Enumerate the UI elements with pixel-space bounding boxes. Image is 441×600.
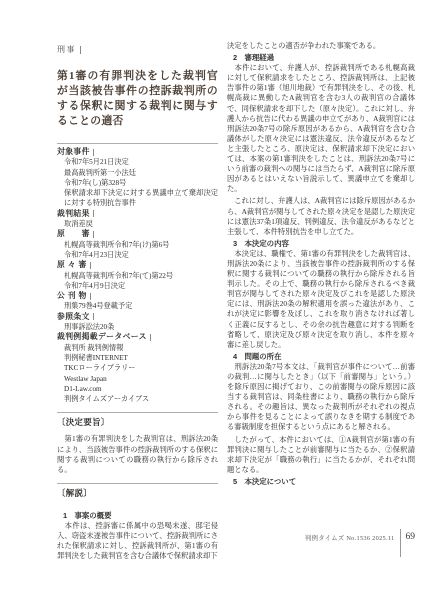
metadata-list: 対象事件 令和7年5月21日決定 最高裁判所第一小法廷 令和7年(し)第328号… — [57, 147, 218, 404]
commentary-section2-text: 本件において、弁護人が、控訴裁判所である札幌高裁に対して保釈請求をしたところ、控… — [227, 63, 415, 194]
metadata-value: 最高裁判所第一小法廷 — [57, 168, 218, 178]
metadata-value: 保釈請求却下決定に対する異議申立て棄却決定に対する特別抗告事件 — [57, 188, 218, 209]
label-divider — [93, 313, 94, 320]
summary-heading: 〔決定要旨〕 — [57, 416, 218, 428]
case-title: 第1審の有罪判決をした裁判官が当該被告事件の控訴裁判所のする保釈に関する裁判に関… — [57, 69, 218, 129]
metadata-label: 裁判結果 — [57, 209, 218, 219]
metadata-value: 刑集79巻4号登載予定 — [57, 301, 218, 311]
section-rule — [57, 412, 218, 413]
metadata-value: TKCローライブラリー — [57, 363, 218, 373]
metadata-label: 原 審 — [57, 229, 218, 239]
metadata-value: 刑事訴訟法20条 — [57, 322, 218, 332]
commentary-section3-text: 本決定は、職権で、第1審の有罪判決をした裁判官は、刑訴法20条により、当該被告事… — [227, 249, 415, 350]
section-rule — [57, 483, 218, 484]
commentary-section2-heading: 2 審理経過 — [227, 53, 415, 63]
category-label: 刑事 — [57, 44, 218, 55]
metadata-value: 令和7年4月23日決定 — [57, 250, 218, 260]
commentary-continuation-text: 決定をしたことの適否が争われた事案である。 — [227, 41, 415, 51]
commentary-section4-text: 刑訴法20条7号本文は、「裁判官が事件について…前審の裁判…に関与したとき」（以… — [227, 362, 415, 433]
label-divider — [93, 231, 94, 238]
metadata-label-text: 原 々 審 — [57, 260, 87, 270]
page-footer: 判例タイムズ No.1536 2025.11 69 — [0, 529, 415, 557]
commentary-section2-text: これに対し、弁護人は、A裁判官には除斥原因があるから、A裁判官が関与してされた原… — [227, 196, 415, 236]
metadata-item-gengensin: 原 々 審 札幌高等裁判所令和7年(て)第22号 令和7年4月9日決定 — [57, 260, 218, 291]
metadata-value: 令和7年(し)第328号 — [57, 178, 218, 188]
metadata-value: Westlaw Japan — [57, 374, 218, 384]
commentary-section3-heading: 3 本決定の内容 — [227, 239, 415, 249]
commentary-heading: 〔解説〕 — [57, 487, 218, 499]
metadata-value: 判例秘書INTERNET — [57, 353, 218, 363]
commentary-section5-heading: 5 本決定について — [227, 477, 415, 487]
metadata-value: 裁判所 裁判例情報 — [57, 343, 218, 353]
metadata-item-sansho-jobun: 参照条文 刑事訴訟法20条 — [57, 312, 218, 333]
metadata-item-kokanbutsu: 公 刊 物 刑集79巻4号登載予定 — [57, 291, 218, 312]
summary-text: 第1審の有罪判決をした裁判官は、刑訴法20条により、当該被告事件の控訴裁判所のす… — [57, 434, 218, 474]
category-label-text: 刑事 — [57, 44, 76, 55]
metadata-value: 札幌高等裁判所令和7年(て)第22号 — [57, 271, 218, 281]
label-divider — [150, 334, 151, 341]
metadata-value: 判例タイムズアーカイブス — [57, 394, 218, 404]
label-divider — [80, 46, 81, 54]
metadata-label-text: 裁判例掲載データベース — [57, 332, 147, 342]
left-column: 刑事 第1審の有罪判決をした裁判官が当該被告事件の控訴裁判所のする保釈に関する裁… — [57, 44, 218, 563]
metadata-label-text: 原 審 — [57, 229, 90, 239]
metadata-item-taisho-jiken: 対象事件 令和7年5月21日決定 最高裁判所第一小法廷 令和7年(し)第328号… — [57, 147, 218, 209]
metadata-label-text: 参照条文 — [57, 312, 90, 322]
label-divider — [90, 262, 91, 269]
metadata-item-database: 裁判例掲載データベース 裁判所 裁判例情報 判例秘書INTERNET TKCロー… — [57, 332, 218, 404]
metadata-item-saiban-kekka: 裁判結果 取消差戻 — [57, 209, 218, 230]
metadata-label: 裁判例掲載データベース — [57, 332, 218, 342]
metadata-label: 対象事件 — [57, 147, 218, 157]
right-column: 決定をしたことの適否が争われた事案である。 2 審理経過 本件において、弁護人が… — [227, 41, 415, 487]
metadata-label: 原 々 審 — [57, 260, 218, 270]
commentary-section1-heading: 1 事案の概要 — [57, 511, 218, 521]
commentary-section4-text: したがって、本件においては、①A裁判官が第1審の有罪判決に関与したことが前審関与… — [227, 435, 415, 475]
metadata-value: 令和7年4月9日決定 — [57, 281, 218, 291]
label-divider — [90, 293, 91, 300]
metadata-label: 参照条文 — [57, 312, 218, 322]
label-divider — [93, 210, 94, 217]
page-number: 69 — [406, 529, 416, 542]
metadata-label: 公 刊 物 — [57, 291, 218, 301]
journal-issue-label: 判例タイムズ No.1536 2025.11 — [305, 529, 395, 542]
metadata-value: 取消差戻 — [57, 219, 218, 229]
metadata-value: 令和7年5月21日決定 — [57, 157, 218, 167]
metadata-value: D1-Law.com — [57, 384, 218, 394]
section-rule — [57, 143, 218, 144]
metadata-label-text: 対象事件 — [57, 147, 90, 157]
metadata-item-gensin: 原 審 札幌高等裁判所令和7年(け)第6号 令和7年4月23日決定 — [57, 229, 218, 260]
metadata-value: 札幌高等裁判所令和7年(け)第6号 — [57, 240, 218, 250]
label-divider — [93, 149, 94, 156]
footer-divider — [400, 529, 401, 557]
metadata-label-text: 公 刊 物 — [57, 291, 87, 301]
commentary-section4-heading: 4 問題の所在 — [227, 352, 415, 362]
metadata-label-text: 裁判結果 — [57, 209, 90, 219]
